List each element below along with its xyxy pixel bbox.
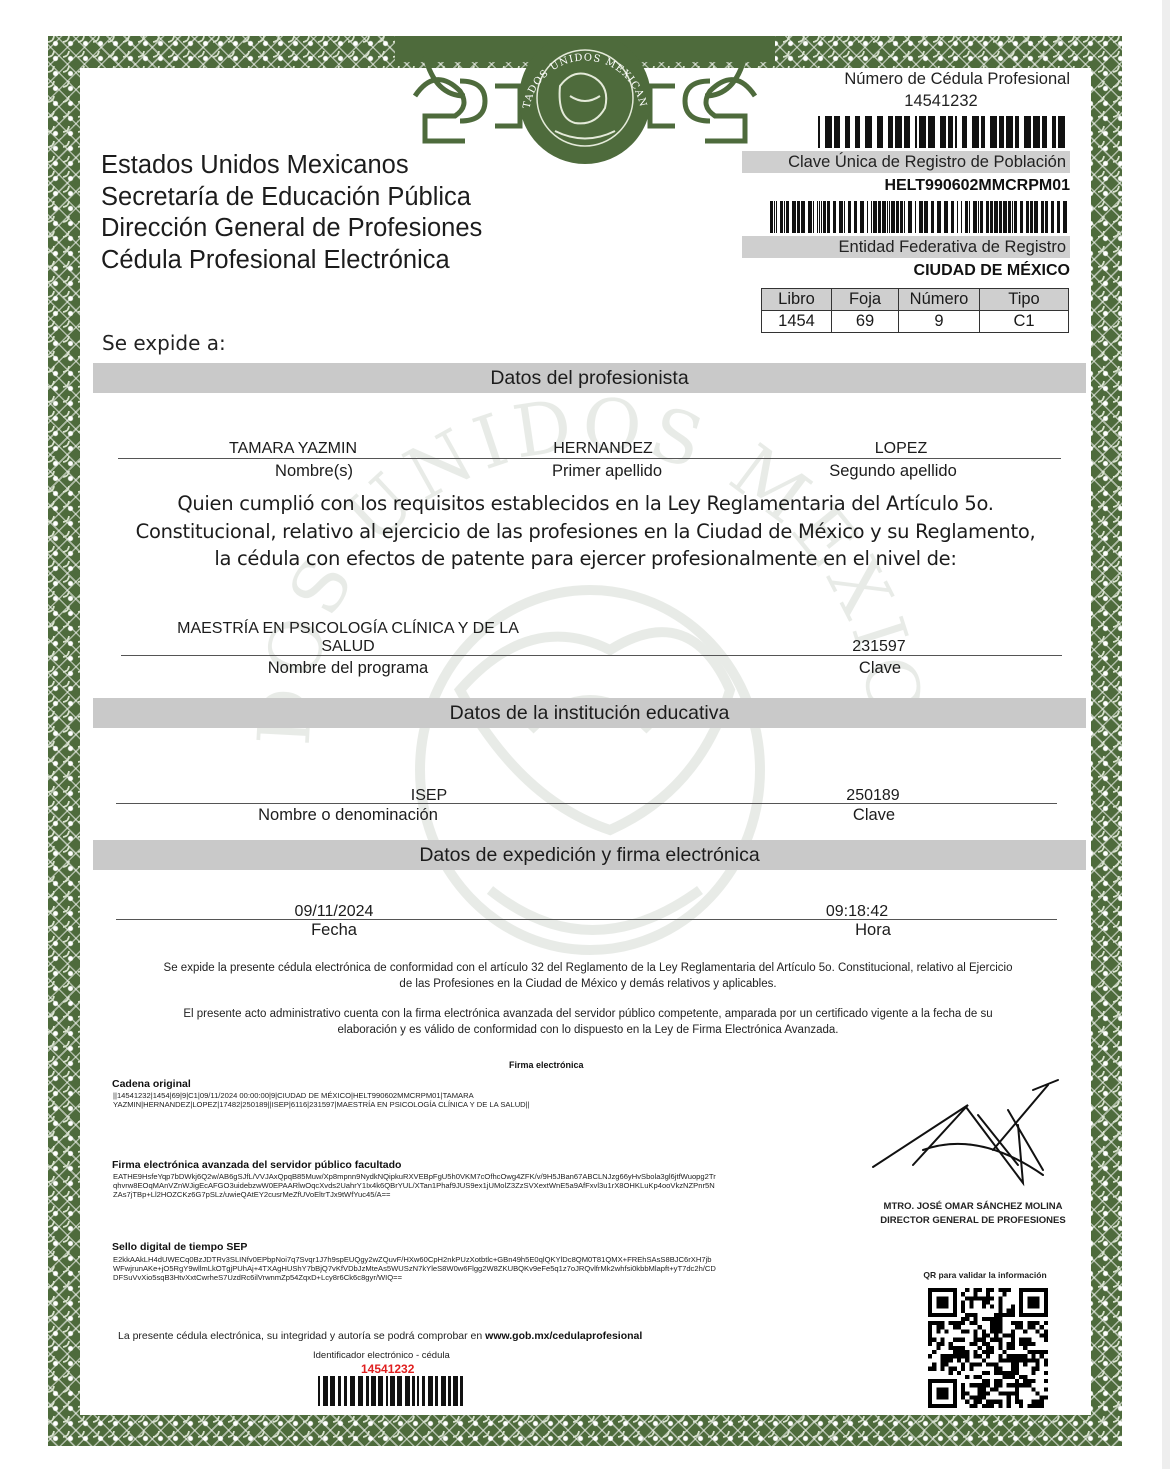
book-record-table: Libro Foja Número Tipo 1454 69 9 C1 bbox=[761, 288, 1069, 333]
cedula-barcode bbox=[818, 116, 1070, 148]
signer-title: DIRECTOR GENERAL DE PROFESIONES bbox=[868, 1214, 1078, 1228]
value-foja: 69 bbox=[832, 311, 899, 333]
surname1-value: HERNANDEZ bbox=[553, 440, 653, 458]
statement-line-2: Constitucional, relativo al ejercicio de… bbox=[80, 518, 1091, 546]
program-code-value: 231597 bbox=[852, 638, 905, 656]
cedula-number-label: Número de Cédula Profesional bbox=[742, 70, 1070, 89]
institution-name-label: Nombre o denominación bbox=[258, 806, 438, 825]
verification-note: La presente cédula electrónica, su integ… bbox=[118, 1330, 642, 1342]
surname2-label: Segundo apellido bbox=[829, 462, 957, 481]
header-libro: Libro bbox=[762, 289, 832, 311]
entidad-label: Entidad Federativa de Registro bbox=[742, 236, 1070, 258]
firma-line-1: EATHE9HsfeYqp7bDWkj6Q2w/AB6gSJfL/VVJAxQp… bbox=[113, 1172, 873, 1181]
issuance-underline bbox=[116, 919, 1057, 920]
legal-paragraph-2-line-2: elaboración y es válido de conformidad c… bbox=[108, 1022, 1068, 1038]
value-numero: 9 bbox=[899, 311, 980, 333]
statement-line-1: Quien cumplió con los requisitos estable… bbox=[80, 490, 1091, 518]
cadena-line-2: YAZMIN|HERNANDEZ|LOPEZ|17482|250189||ISE… bbox=[113, 1100, 673, 1109]
issuer-heading: Estados Unidos Mexicanos Secretaría de E… bbox=[101, 150, 482, 276]
cadena-original-text: ||14541232|1454|69|9|C1|09/11/2024 00:00… bbox=[113, 1091, 673, 1109]
heading-line-country: Estados Unidos Mexicanos bbox=[101, 150, 482, 182]
verification-text: La presente cédula electrónica, su integ… bbox=[118, 1330, 485, 1342]
firma-line-2: qhvrw8EOqMAnVZnWJigEcAFGO3uidebzwW0EPAAR… bbox=[113, 1181, 873, 1190]
cedula-number: 14541232 bbox=[742, 92, 1070, 111]
electronic-id-label: Identificador electrónico - cédula bbox=[313, 1350, 450, 1361]
value-tipo: C1 bbox=[980, 311, 1069, 333]
handwritten-signature-icon bbox=[868, 1075, 1078, 1200]
institution-underline bbox=[116, 803, 1057, 804]
first-names-label: Nombre(s) bbox=[275, 462, 353, 481]
eagle-seal-icon: ESTADOS UNIDOS MEXICANOS bbox=[395, 36, 775, 166]
statement-line-3: la cédula con efectos de patente para ej… bbox=[80, 545, 1091, 573]
page-edge bbox=[1162, 0, 1170, 1469]
curp-label: Clave Única de Registro de Población bbox=[742, 151, 1070, 173]
entidad-value: CIUDAD DE MÉXICO bbox=[742, 258, 1070, 286]
sello-line-3: DFSuVvXio5sqB3HtvXxtCwrheS7UzdRc6ilVrwnm… bbox=[113, 1273, 873, 1282]
value-libro: 1454 bbox=[762, 311, 832, 333]
surname2-value: LOPEZ bbox=[875, 440, 927, 458]
heading-line-document-type: Cédula Profesional Electrónica bbox=[101, 245, 482, 277]
header-tipo: Tipo bbox=[980, 289, 1069, 311]
curp-value: HELT990602MMCRPM01 bbox=[742, 173, 1070, 201]
name-underline bbox=[118, 458, 1061, 459]
program-underline bbox=[121, 655, 1062, 656]
cadena-original-title: Cadena original bbox=[112, 1078, 191, 1090]
electronic-id-barcode bbox=[318, 1376, 468, 1406]
legal-paragraph-1: Se expide la presente cédula electrónica… bbox=[108, 960, 1068, 992]
heading-line-directorate: Dirección General de Profesiones bbox=[101, 213, 482, 245]
issue-date-label: Fecha bbox=[311, 921, 357, 940]
issue-time-label: Hora bbox=[855, 921, 891, 940]
section-bar-issuance: Datos de expedición y firma electrónica bbox=[93, 840, 1086, 870]
signer-block: MTRO. JOSÉ OMAR SÁNCHEZ MOLINA DIRECTOR … bbox=[868, 1200, 1078, 1228]
legal-paragraph-1-line-2: de las Profesiones en la Ciudad de Méxic… bbox=[108, 976, 1068, 992]
legal-paragraph-2-line-1: El presente acto administrativo cuenta c… bbox=[108, 1006, 1068, 1022]
surname1-label: Primer apellido bbox=[552, 462, 662, 481]
firma-avanzada-title: Firma electrónica avanzada del servidor … bbox=[112, 1159, 401, 1171]
electronic-id-number: 14541232 bbox=[361, 1362, 414, 1376]
legal-paragraph-2: El presente acto administrativo cuenta c… bbox=[108, 1006, 1068, 1038]
sello-tiempo-title: Sello digital de tiempo SEP bbox=[112, 1241, 247, 1253]
signer-name: MTRO. JOSÉ OMAR SÁNCHEZ MOLINA bbox=[868, 1200, 1078, 1214]
sello-tiempo-text: E2kkAAkLH4dUWECq0BzJDTRv3SLINfv0EPbpNoi7… bbox=[113, 1255, 873, 1283]
verification-link[interactable]: www.gob.mx/cedulaprofesional bbox=[485, 1330, 642, 1342]
coat-of-arms-seal: ESTADOS UNIDOS MEXICANOS bbox=[395, 36, 775, 166]
firma-line-3: ZAs7jTBp+Ll2HOZCKz6G7pSLz/uwieQAtEY2cusr… bbox=[113, 1190, 873, 1199]
program-name-label: Nombre del programa bbox=[268, 659, 429, 678]
sello-line-2: WFwjrunAKe+jO5RgY9wllmLkOTgjPUhAj+4TXAgH… bbox=[113, 1264, 873, 1273]
institution-code-label: Clave bbox=[853, 806, 895, 825]
heading-line-ministry: Secretaría de Educación Pública bbox=[101, 182, 482, 214]
cadena-line-1: ||14541232|1454|69|9|C1|09/11/2024 00:00… bbox=[113, 1091, 673, 1100]
program-name-line-1: MAESTRÍA EN PSICOLOGÍA CLÍNICA Y DE LA bbox=[177, 620, 519, 638]
header-numero: Número bbox=[899, 289, 980, 311]
curp-barcode bbox=[770, 201, 1070, 233]
first-names-value: TAMARA YAZMIN bbox=[229, 440, 357, 458]
electronic-signature-heading: Firma electrónica bbox=[509, 1060, 584, 1070]
section-bar-institution: Datos de la institución educativa bbox=[93, 698, 1086, 728]
validation-qr-code-icon[interactable] bbox=[928, 1288, 1048, 1408]
issued-to-label: Se expide a: bbox=[102, 331, 226, 355]
section-bar-professional: Datos del profesionista bbox=[93, 363, 1086, 393]
book-record-header-row: Libro Foja Número Tipo bbox=[762, 289, 1069, 311]
qr-label: QR para validar la información bbox=[905, 1270, 1065, 1280]
program-name-line-2: SALUD bbox=[321, 638, 374, 656]
header-foja: Foja bbox=[832, 289, 899, 311]
certification-statement: Quien cumplió con los requisitos estable… bbox=[80, 490, 1091, 573]
program-code-label: Clave bbox=[859, 659, 901, 678]
firma-avanzada-text: EATHE9HsfeYqp7bDWkj6Q2w/AB6gSJfL/VVJAxQp… bbox=[113, 1172, 873, 1200]
legal-paragraph-1-line-1: Se expide la presente cédula electrónica… bbox=[108, 960, 1068, 976]
sello-line-1: E2kkAAkLH4dUWECq0BzJDTRv3SLINfv0EPbpNoi7… bbox=[113, 1255, 873, 1264]
book-record-value-row: 1454 69 9 C1 bbox=[762, 311, 1069, 333]
registry-block: Número de Cédula Profesional 14541232 Cl… bbox=[742, 70, 1070, 286]
